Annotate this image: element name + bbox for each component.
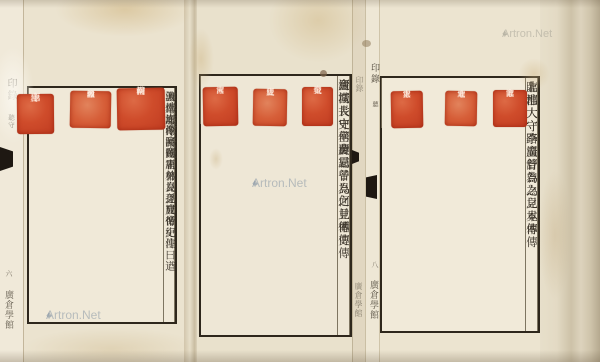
text-column: 河南大守丞黄霸曾為之見循吏傳 xyxy=(337,76,350,335)
publisher-mark: 廣倉學館 xyxy=(2,290,15,330)
photo-edge-shadow xyxy=(0,0,600,8)
page-gap-shadow xyxy=(184,0,197,362)
text-column: 庫主兵器之官也 xyxy=(166,88,175,322)
gutter-subtitle: 聽 xyxy=(370,101,379,107)
seal-impression: 臨淮大守章 xyxy=(493,90,527,127)
seal-impression: 金城長史 xyxy=(302,87,333,126)
publisher-mark: 廣倉學館 xyxy=(367,280,380,320)
gutter-title-faint: 印錄 xyxy=(354,76,365,92)
publisher-mark-faint: 廣倉學館 xyxy=(353,282,364,318)
fold-ink-mark xyxy=(366,175,377,199)
seal-impression: 上郡庫令 xyxy=(17,94,54,134)
seal-impression: 河南大守丞 xyxy=(203,87,239,127)
gutter-subtitle: 聽守 xyxy=(7,114,16,129)
page-curvature-edge xyxy=(540,0,600,362)
seal-impression: 敦煌漁澤障候 xyxy=(70,91,112,129)
empty-column xyxy=(537,78,538,331)
leaf-number: 八 xyxy=(370,261,380,268)
gutter-title: 印錄 xyxy=(368,63,381,85)
leaf-number: 六 xyxy=(4,270,14,277)
photo-edge-shadow xyxy=(0,350,600,362)
seal-impression: 上郡大守章 xyxy=(391,91,424,129)
seal-impression: 北地大守章 xyxy=(445,91,478,127)
seal-impression: 廬江長史 xyxy=(253,89,288,127)
gutter-title: 印錄 xyxy=(3,78,18,102)
seal-impression: 河南均輸長 xyxy=(117,88,166,131)
book-spread-photo: 河南均輸長黄霸曾為之見循吏傳敦煌漁澤障候唐林見孫寳傳上郡庫令河閒王弟良見成帝紀注… xyxy=(0,0,600,362)
